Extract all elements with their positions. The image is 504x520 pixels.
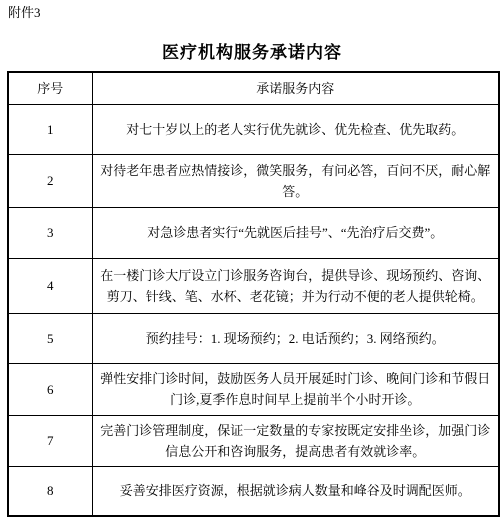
row-number-cell: 4 bbox=[8, 258, 92, 313]
header-serial-number: 序号 bbox=[8, 72, 92, 104]
table-header-row: 序号 承诺服务内容 bbox=[8, 72, 499, 104]
row-content-cell: 对急诊患者实行“先就医后挂号”、“先治疗后交费”。 bbox=[92, 207, 499, 258]
table-row: 4 在一楼门诊大厅设立门诊服务咨询台，提供导诊、现场预约、咨询、剪刀、针线、笔、… bbox=[8, 258, 499, 313]
row-number-cell: 5 bbox=[8, 313, 92, 363]
row-number-cell: 6 bbox=[8, 363, 92, 415]
service-commitment-table: 序号 承诺服务内容 1 对七十岁以上的老人实行优先就诊、优先检查、优先取药。 2… bbox=[7, 71, 500, 517]
table-row: 7 完善门诊管理制度，保证一定数量的专家按既定安排坐诊，加强门诊信息公开和咨询服… bbox=[8, 415, 499, 466]
row-content-cell: 对七十岁以上的老人实行优先就诊、优先检查、优先取药。 bbox=[92, 104, 499, 154]
row-content-cell: 完善门诊管理制度，保证一定数量的专家按既定安排坐诊，加强门诊信息公开和咨询服务，… bbox=[92, 415, 499, 466]
table-row: 5 预约挂号：1. 现场预约；2. 电话预约；3. 网络预约。 bbox=[8, 313, 499, 363]
row-number-cell: 7 bbox=[8, 415, 92, 466]
table-row: 3 对急诊患者实行“先就医后挂号”、“先治疗后交费”。 bbox=[8, 207, 499, 258]
attachment-label: 附件3 bbox=[8, 5, 41, 21]
row-content-cell: 对待老年患者应热情接诊，微笑服务，有问必答，百问不厌，耐心解答。 bbox=[92, 154, 499, 207]
row-content-cell: 在一楼门诊大厅设立门诊服务咨询台，提供导诊、现场预约、咨询、剪刀、针线、笔、水杯… bbox=[92, 258, 499, 313]
row-number-cell: 1 bbox=[8, 104, 92, 154]
table-row: 2 对待老年患者应热情接诊，微笑服务，有问必答，百问不厌，耐心解答。 bbox=[8, 154, 499, 207]
header-service-content: 承诺服务内容 bbox=[92, 72, 499, 104]
table-row: 6 弹性安排门诊时间，鼓励医务人员开展延时门诊、晚间门诊和节假日门诊,夏季作息时… bbox=[8, 363, 499, 415]
table-row: 1 对七十岁以上的老人实行优先就诊、优先检查、优先取药。 bbox=[8, 104, 499, 154]
row-content-cell: 预约挂号：1. 现场预约；2. 电话预约；3. 网络预约。 bbox=[92, 313, 499, 363]
table-row: 8 妥善安排医疗资源，根据就诊病人数量和峰谷及时调配医师。 bbox=[8, 466, 499, 516]
page-title: 医疗机构服务承诺内容 bbox=[0, 38, 504, 63]
row-number-cell: 2 bbox=[8, 154, 92, 207]
row-number-cell: 3 bbox=[8, 207, 92, 258]
row-content-cell: 妥善安排医疗资源，根据就诊病人数量和峰谷及时调配医师。 bbox=[92, 466, 499, 516]
row-number-cell: 8 bbox=[8, 466, 92, 516]
row-content-cell: 弹性安排门诊时间，鼓励医务人员开展延时门诊、晚间门诊和节假日门诊,夏季作息时间早… bbox=[92, 363, 499, 415]
